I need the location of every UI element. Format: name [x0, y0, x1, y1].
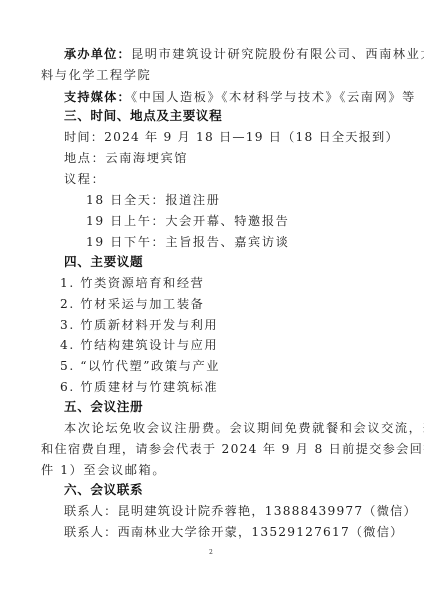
contact-line: 联系人：昆明建筑设计院乔蓉艳，13888439977（微信） — [64, 503, 417, 519]
section6-heading: 六、会议联系 — [64, 482, 143, 498]
organizer-text: 昆明市建筑设计研究院股份有限公司、西南林业大学材 — [131, 47, 424, 61]
topic-item: 6. 竹质建材与竹建筑标准 — [60, 379, 218, 395]
contact-line: 联系人：西南林业大学徐开蒙，13529127617（微信） — [64, 524, 403, 540]
time-line: 时间：2024 年 9 月 18 日—19 日（18 日全天报到） — [64, 129, 399, 145]
section5-heading: 五、会议注册 — [64, 399, 143, 415]
agenda-item: 19 日上午：大会开幕、特邀报告 — [86, 213, 289, 229]
media-line: 支持媒体：《中国人造板》《木材科学与技术》《云南网》等 — [64, 89, 416, 105]
place-line: 地点：云南海埂宾馆 — [64, 150, 188, 166]
organizer-label: 承办单位： — [64, 47, 131, 61]
media-text: 《中国人造板》《木材科学与技术》《云南网》等 — [131, 90, 416, 104]
topic-item: 2. 竹材采运与加工装备 — [60, 296, 204, 312]
agenda-label: 议程： — [64, 171, 105, 187]
section4-heading: 四、主要议题 — [64, 254, 143, 270]
page-number: 2 — [209, 549, 213, 556]
registration-para-line-3: 件 1）至会议邮箱。 — [41, 462, 166, 478]
topic-item: 4. 竹结构建筑设计与应用 — [60, 337, 218, 353]
media-label: 支持媒体： — [64, 90, 131, 104]
agenda-item: 19 日下午：主旨报告、嘉宾访谈 — [86, 234, 289, 250]
agenda-item: 18 日全天：报道注册 — [86, 192, 220, 208]
topic-item: 5. “以竹代塑”政策与产业 — [60, 358, 220, 374]
organizer-line-1: 承办单位：昆明市建筑设计研究院股份有限公司、西南林业大学材 — [64, 46, 424, 62]
registration-para-line-2: 和住宿费自理，请参会代表于 2024 年 9 月 8 日前提交参会回执（附 — [41, 441, 424, 457]
topic-item: 3. 竹质新材料开发与利用 — [60, 317, 218, 333]
topic-item: 1. 竹类资源培育和经营 — [60, 275, 204, 291]
document-page: 承办单位：昆明市建筑设计研究院股份有限公司、西南林业大学材 料与化学工程学院 支… — [0, 0, 424, 600]
registration-para-line-1: 本次论坛免收会议注册费。会议期间免费就餐和会议交流，差旅 — [64, 420, 424, 436]
organizer-line-2: 料与化学工程学院 — [41, 67, 151, 83]
section3-heading: 三、时间、地点及主要议程 — [64, 108, 222, 124]
